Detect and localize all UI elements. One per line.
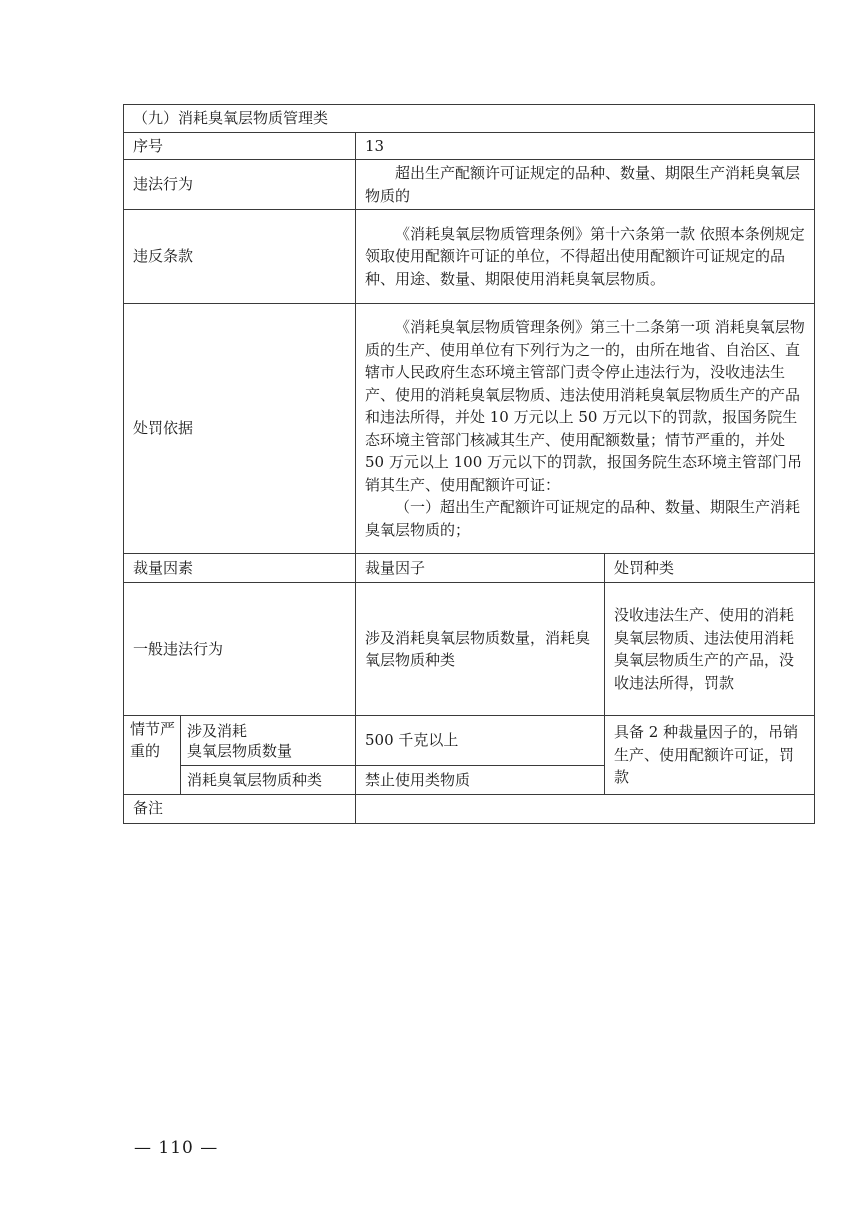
section-title: （九）消耗臭氧层物质管理类 [124,105,815,133]
general-violation-criterion: 涉及消耗臭氧层物质数量，消耗臭氧层物质种类 [356,583,605,716]
serious-factor-quantity: 涉及消耗 臭氧层物质数量 [181,716,356,766]
serious-factor-quantity-line1: 涉及消耗 [187,722,247,740]
serial-value: 13 [356,132,815,160]
penalty-basis-label: 处罚依据 [124,304,356,554]
serious-violation-penalty: 具备 2 种裁量因子的，吊销生产、使用配额许可证，罚款 [605,716,815,795]
serious-criterion-quantity: 500 千克以上 [356,716,605,766]
serious-factor-type: 消耗臭氧层物质种类 [181,766,356,795]
penalty-discretion-table: （九）消耗臭氧层物质管理类 序号 13 违法行为 超出生产配额许可证规定的品种、… [123,104,815,824]
serious-violation-label: 情节严重的 [124,716,181,795]
general-violation-label: 一般违法行为 [124,583,356,716]
penalty-basis-paragraph: 《消耗臭氧层物质管理条例》第三十二条第一项 消耗臭氧层物质的生产、使用单位有下列… [365,316,806,496]
penalty-basis-value: 《消耗臭氧层物质管理条例》第三十二条第一项 消耗臭氧层物质的生产、使用单位有下列… [356,304,815,554]
serial-label: 序号 [124,132,356,160]
penalty-basis-item-1: （一）超出生产配额许可证规定的品种、数量、期限生产消耗臭氧层物质的； [365,496,806,541]
remarks-value [356,795,815,824]
violation-value: 超出生产配额许可证规定的品种、数量、期限生产消耗臭氧层物质的 [356,160,815,210]
page-number: — 110 — [134,1138,218,1158]
serious-factor-quantity-line2: 臭氧层物质数量 [187,742,292,760]
header-discretion-factor: 裁量因素 [124,554,356,583]
violation-label: 违法行为 [124,160,356,210]
general-violation-penalty: 没收违法生产、使用的消耗臭氧层物质、违法使用消耗臭氧层物质生产的产品，没收违法所… [605,583,815,716]
violated-clause-label: 违反条款 [124,210,356,304]
remarks-label: 备注 [124,795,356,824]
header-penalty-type: 处罚种类 [605,554,815,583]
serious-criterion-type: 禁止使用类物质 [356,766,605,795]
violated-clause-value: 《消耗臭氧层物质管理条例》第十六条第一款 依照本条例规定领取使用配额许可证的单位… [356,210,815,304]
header-discretion-criterion: 裁量因子 [356,554,605,583]
